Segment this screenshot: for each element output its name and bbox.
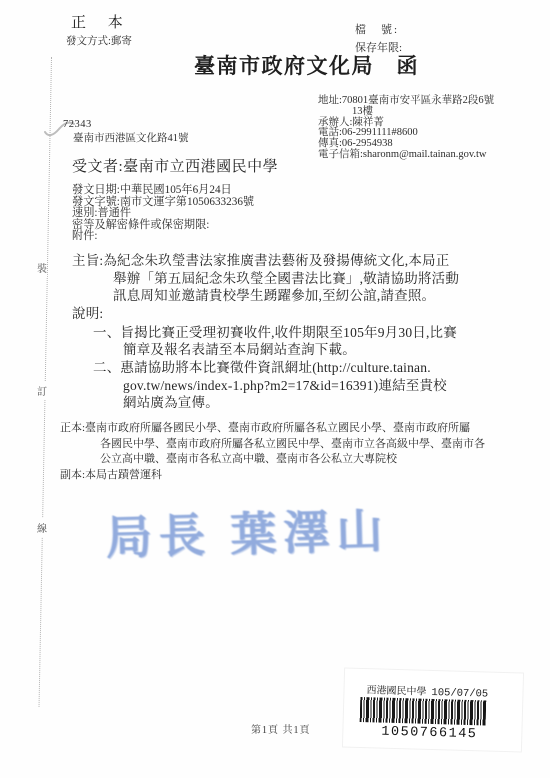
original-recipients-line2: 各國民中學、臺南市政府所屬各私立國民中學、臺南市立各高級中學、臺南市各 — [60, 437, 485, 453]
distribution-block: 正本:臺南市政府所屬各國民小學、臺南市政府所屬各私立國民小學、臺南市政府所屬 各… — [60, 421, 485, 483]
receipt-school-name: 西港國民中學 — [366, 685, 426, 698]
recipient-postal-code: 72343 — [63, 120, 92, 131]
explanation-item2-line1: 二、惠請協助將本比賽徵件資訊網址(http://culture.tainan. — [93, 361, 431, 375]
agency-address-line1: 地址:70801臺南市安平區永華路2段6號 — [318, 96, 494, 107]
receipt-barcode — [360, 697, 487, 726]
receipt-sticker: 西港國民中學105/07/05 1050766145 — [343, 669, 523, 752]
explanation-label: 說明: — [72, 307, 103, 321]
issue-date: 發文日期:中華民國105年6月24日 — [72, 185, 254, 197]
explanation-item1-line2: 簡章及報名表請至本局網站查詢下載。 — [123, 343, 356, 357]
explanation-item1-line1: 一、旨揭比賽正受理初賽收件,收件期限至105年9月30日,比賽 — [93, 326, 457, 340]
attachment-label: 附件: — [72, 231, 254, 243]
security-class: 密等及解密條件或保密期限: — [72, 220, 254, 232]
binding-mark-xian: 線 — [37, 518, 47, 537]
original-recipients-line3: 公立高中職、臺南市各私立高中職、臺南市各公私立大專院校 — [60, 452, 485, 468]
document-meta-block: 發文日期:中華民國105年6月24日 發文字號:南市文運字第1050633236… — [72, 185, 254, 243]
binding-mark-zhuang: 裝 — [37, 258, 47, 277]
copy-type-label: 正 本 — [71, 16, 132, 31]
original-recipients-line1: 正本:臺南市政府所屬各國民小學、臺南市政府所屬各私立國民小學、臺南市政府所屬 — [60, 421, 485, 437]
subject-line-1: 主旨:為紀念朱玖瑩書法家推廣書法藝術及發揚傳統文化,本局正 — [72, 254, 449, 268]
document-title: 臺南市政府文化局 函 — [194, 56, 419, 77]
subject-line-3: 訊息周知並邀請貴校學生踴躍參加,至紉公誼,請查照。 — [113, 289, 435, 303]
explanation-item2-line3: 網站廣為宣傳。 — [123, 396, 219, 410]
copy-recipients-line: 副本:本局古蹟營運科 — [60, 468, 485, 484]
director-signature-stamp: 局長 葉澤山 — [105, 508, 390, 561]
delivery-method-label: 發文方式:郵寄 — [66, 37, 132, 48]
recipient-street-address: 臺南市西港區文化路41號 — [73, 134, 189, 145]
official-letter-page: 裝 訂 線 正 本 發文方式:郵寄 檔 號: 保存年限: 臺南市政府文化局 函 … — [0, 0, 550, 778]
recipient-name-line: 受文者:臺南市立西港國民中學 — [72, 160, 278, 175]
file-number-label: 檔 號: — [355, 25, 399, 36]
retention-period-label: 保存年限: — [355, 43, 402, 54]
page-number-info: 第1頁 共1頁 — [251, 726, 311, 736]
subject-line-2: 舉辦「第五屆紀念朱玖瑩全國書法比賽」,敬請協助將活動 — [113, 272, 459, 286]
receipt-barcode-number: 1050766145 — [381, 725, 477, 743]
agency-address-line2: 13樓 — [318, 107, 494, 118]
explanation-item2-line2: gov.tw/news/index-1.php?m2=17&id=16391)連… — [123, 379, 447, 393]
agency-email: 電子信箱:sharonm@mail.tainan.gov.tw — [318, 150, 494, 161]
agency-contact-block: 地址:70801臺南市安平區永華路2段6號 13樓 承辦人:陳祥菁 電話:06-… — [318, 96, 494, 161]
binding-mark-ding: 訂 — [37, 381, 47, 400]
